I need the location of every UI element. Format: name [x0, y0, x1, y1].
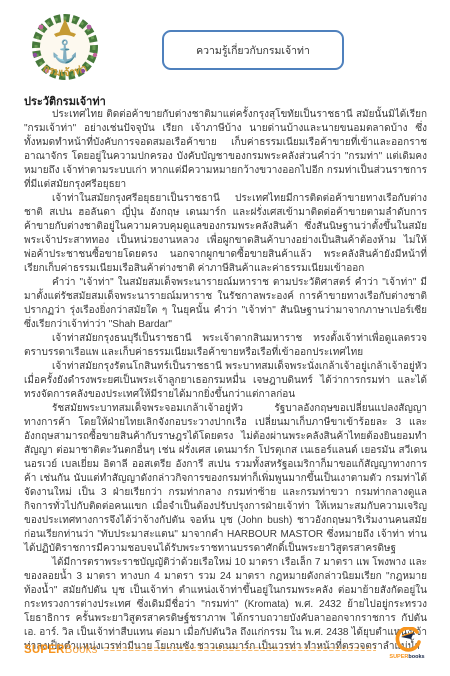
paragraph-thonburi: เจ้าท่าสมัยกรุงธนบุรีเป็นราชธานี พระเจ้า…: [24, 332, 427, 360]
paragraph-rattanakosin: เจ้าท่าสมัยกรุงรัตนโกสินทร์เป็นราชธานี พ…: [24, 360, 427, 402]
superbooks-logo: SUPERbooks: [382, 627, 432, 662]
paragraph-narai: คำว่า "เจ้าท่า" ในสมัยสมเด็จพระนารายณ์มห…: [24, 276, 427, 332]
footer-separator: ========================================…: [104, 644, 376, 662]
paragraph-ayutthaya: เจ้าท่าในสมัยกรุงศรีอยุธยาเป็นราชธานี ปร…: [24, 192, 427, 276]
paragraph-history-sukhothai: ประเทศไทย ติดต่อค้าขายกับต่างชาติมาแต่คร…: [24, 108, 427, 192]
article-body: ประเทศไทย ติดต่อค้าขายกับต่างชาติมาแต่คร…: [24, 108, 427, 654]
title-box-label: ความรู้เกี่ยวกับกรมเจ้าท่า: [196, 42, 310, 59]
title-box: ความรู้เกี่ยวกับกรมเจ้าท่า: [162, 30, 344, 70]
brand-left-super: SUPER: [24, 644, 65, 656]
krom-chao-tha-emblem: ⚓ กรมเจ้าท่า: [26, 12, 104, 94]
superbooks-swoosh-icon: [393, 627, 421, 654]
flower-dot: [39, 25, 44, 30]
flower-dot: [87, 25, 92, 30]
brand-right-super: SUPER: [389, 654, 408, 660]
document-page: ⚓ กรมเจ้าท่า ความรู้เกี่ยวกับกรมเจ้าท่า …: [0, 0, 450, 676]
paragraph-rama4-treaty: รัชสมัยพระบาทสมเด็จพระจอมเกล้าเจ้าอยู่หั…: [24, 402, 427, 556]
flower-dot: [33, 53, 37, 57]
flower-dot: [93, 53, 97, 57]
brand-right-books: books: [408, 654, 424, 660]
superbooks-logo-text: SUPERbooks: [389, 654, 424, 660]
superbooks-brand-left: SUPERBooks: [24, 644, 98, 662]
brand-left-books: Books: [65, 644, 98, 656]
anchor-icon: ⚓: [51, 39, 78, 64]
footer: SUPERBooks =============================…: [24, 614, 432, 662]
emblem-graphic: ⚓ กรมเจ้าท่า: [26, 12, 104, 94]
